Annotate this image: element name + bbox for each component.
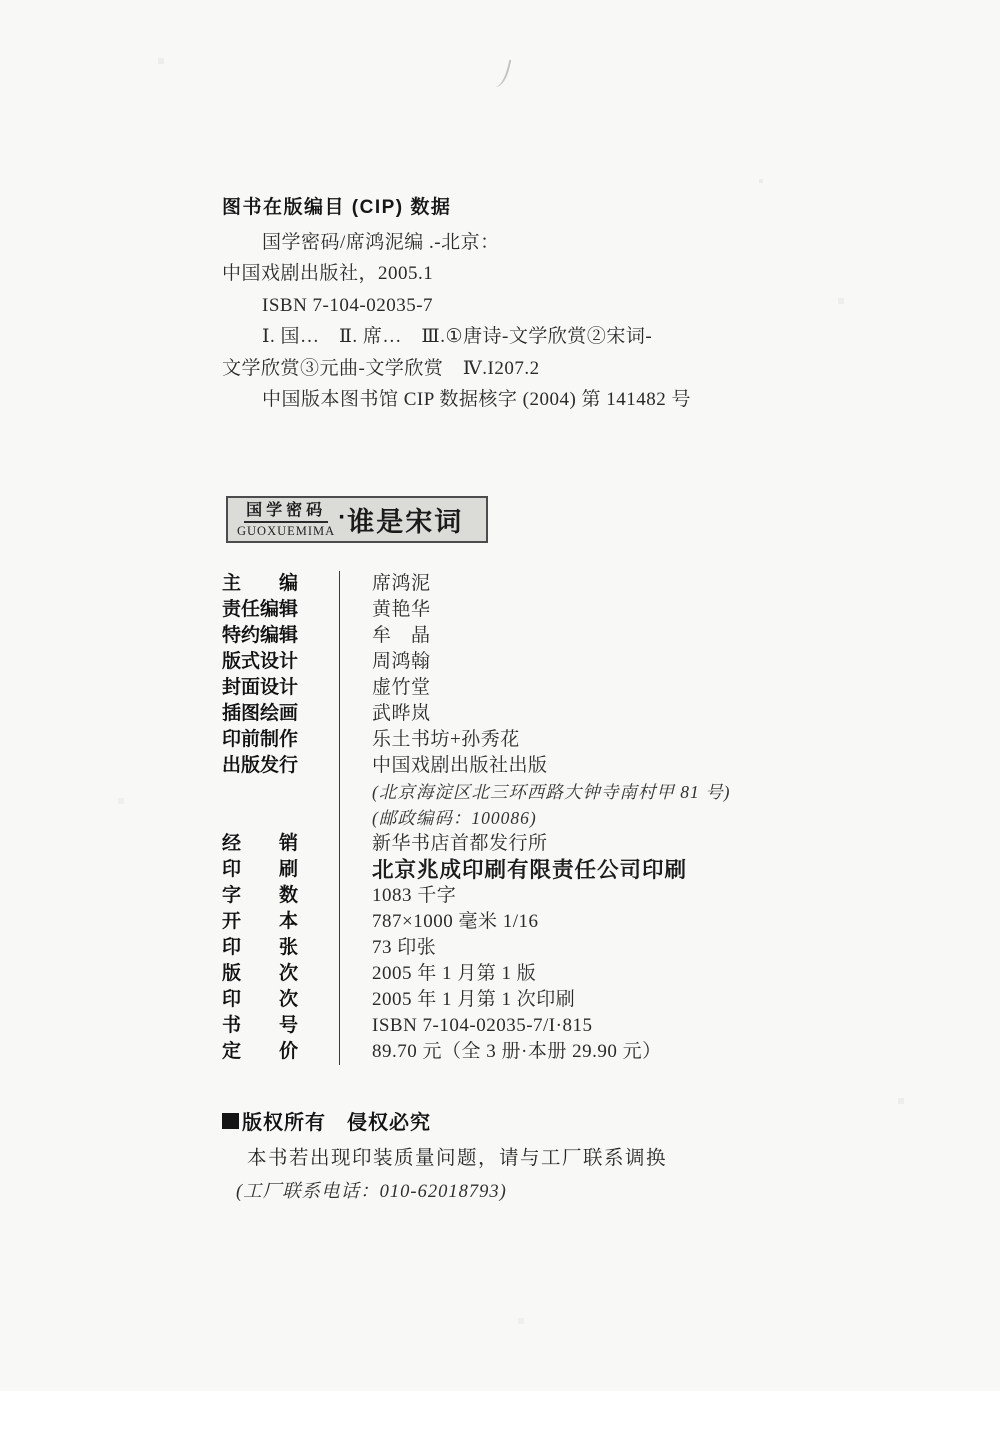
cip-line-classification-2: 文学欣赏③元曲-文学欣赏 Ⅳ.I207.2 xyxy=(222,353,822,385)
table-row: 印 张73 印张 xyxy=(222,935,882,961)
series-logo-wordmark: 国学密码 GUOXUEMIMA xyxy=(237,502,335,539)
table-row: 印前制作乐土书坊+孙秀花 xyxy=(222,727,882,753)
row-value: 2005 年 1 月第 1 版 xyxy=(339,961,882,987)
cip-line-isbn: ISBN 7-104-02035-7 xyxy=(222,290,822,322)
row-label: 主 编 xyxy=(222,571,339,597)
row-label: 特约编辑 xyxy=(222,623,339,649)
row-value: 武晔岚 xyxy=(339,701,882,727)
table-row: 书 号ISBN 7-104-02035-7/I·815 xyxy=(222,1013,882,1039)
row-value: 73 印张 xyxy=(339,935,882,961)
row-label: 经 销 xyxy=(222,831,339,857)
cip-line-record-number: 中国版本图书馆 CIP 数据核字 (2004) 第 141482 号 xyxy=(222,384,822,416)
table-row: 经 销新华书店首都发行所 xyxy=(222,831,882,857)
cip-line-publisher: 中国戏剧出版社，2005.1 xyxy=(222,258,822,290)
row-label: 印前制作 xyxy=(222,727,339,753)
row-label: 印 刷 xyxy=(222,857,339,883)
publisher-name: 中国戏剧出版社出版 xyxy=(372,753,882,779)
volume-title: 谁是宋词 xyxy=(347,500,463,539)
paper-noise xyxy=(0,0,2,2)
row-label: 印 次 xyxy=(222,987,339,1013)
row-value: 中国戏剧出版社出版 (北京海淀区北三环西路大钟寺南村甲 81 号) (邮政编码：… xyxy=(339,753,882,831)
table-row: 责任编辑黄艳华 xyxy=(222,597,882,623)
row-value: 乐土书坊+孙秀花 xyxy=(339,727,882,753)
table-row: 封面设计虚竹堂 xyxy=(222,675,882,701)
row-value: 2005 年 1 月第 1 次印刷 xyxy=(339,987,882,1013)
table-row: 定 价89.70 元（全 3 册·本册 29.90 元） xyxy=(222,1039,882,1065)
table-row: 版式设计周鸿翰 xyxy=(222,649,882,675)
copyright-statement-text: 版权所有 侵权必究 xyxy=(242,1106,431,1135)
middle-dot-separator: · xyxy=(338,504,346,532)
table-row: 版 次2005 年 1 月第 1 版 xyxy=(222,961,882,987)
cip-line-title: 国学密码/席鸿泥编 .-北京： xyxy=(222,227,822,259)
row-label: 版式设计 xyxy=(222,649,339,675)
table-row: 特约编辑牟 晶 xyxy=(222,623,882,649)
table-row: 印 次2005 年 1 月第 1 次印刷 xyxy=(222,987,882,1013)
table-row: 字 数1083 千字 xyxy=(222,883,882,909)
row-value: 新华书店首都发行所 xyxy=(339,831,882,857)
row-label: 定 价 xyxy=(222,1039,339,1065)
table-row: 主 编席鸿泥 xyxy=(222,571,882,597)
publisher-address: (北京海淀区北三环西路大钟寺南村甲 81 号) xyxy=(372,779,882,805)
copyright-statement: 版权所有 侵权必究 xyxy=(222,1106,822,1135)
row-value: 周鸿翰 xyxy=(339,649,882,675)
printer-name: 北京兆成印刷有限责任公司印刷 xyxy=(339,857,882,883)
copyright-notice: 版权所有 侵权必究 本书若出现印装质量问题，请与工厂联系调换 (工厂联系电话：0… xyxy=(222,1106,822,1203)
row-label: 印 张 xyxy=(222,935,339,961)
publisher-postcode: (邮政编码：100086) xyxy=(372,805,882,831)
table-row: 开 本787×1000 毫米 1/16 xyxy=(222,909,882,935)
row-label: 责任编辑 xyxy=(222,597,339,623)
series-logo-box: 国学密码 GUOXUEMIMA · 谁是宋词 xyxy=(226,496,488,543)
row-label: 字 数 xyxy=(222,883,339,909)
cip-data-block: 图书在版编目 (CIP) 数据 国学密码/席鸿泥编 .-北京： 中国戏剧出版社，… xyxy=(222,192,822,416)
colophon-table: 主 编席鸿泥 责任编辑黄艳华 特约编辑牟 晶 版式设计周鸿翰 封面设计虚竹堂 插… xyxy=(222,571,882,1065)
row-value: 787×1000 毫米 1/16 xyxy=(339,909,882,935)
factory-phone: (工厂联系电话：010-62018793) xyxy=(236,1177,822,1203)
filled-square-icon xyxy=(222,1113,239,1129)
row-value: ISBN 7-104-02035-7/I·815 xyxy=(339,1013,882,1039)
scan-artifact-mark xyxy=(491,57,512,89)
cip-heading: 图书在版编目 (CIP) 数据 xyxy=(222,192,822,224)
row-value: 黄艳华 xyxy=(339,597,882,623)
quality-notice: 本书若出现印装质量问题，请与工厂联系调换 xyxy=(247,1142,822,1170)
row-label: 书 号 xyxy=(222,1013,339,1039)
table-row: 插图绘画武晔岚 xyxy=(222,701,882,727)
row-value: 牟 晶 xyxy=(339,623,882,649)
row-label: 插图绘画 xyxy=(222,701,339,727)
table-row-publisher: 出版发行 中国戏剧出版社出版 (北京海淀区北三环西路大钟寺南村甲 81 号) (… xyxy=(222,753,882,831)
row-label: 开 本 xyxy=(222,909,339,935)
row-label: 封面设计 xyxy=(222,675,339,701)
row-label: 出版发行 xyxy=(222,753,339,831)
cip-line-classification-1: Ⅰ. 国… Ⅱ. 席… Ⅲ.①唐诗-文学欣赏②宋词- xyxy=(222,321,822,353)
table-row-printer: 印 刷北京兆成印刷有限责任公司印刷 xyxy=(222,857,882,883)
row-value: 席鸿泥 xyxy=(339,571,882,597)
row-value: 1083 千字 xyxy=(339,883,882,909)
scanned-book-copyright-page: 图书在版编目 (CIP) 数据 国学密码/席鸿泥编 .-北京： 中国戏剧出版社，… xyxy=(0,0,1000,1439)
series-title-chinese: 国学密码 xyxy=(244,502,328,523)
row-label: 版 次 xyxy=(222,961,339,987)
row-value: 89.70 元（全 3 册·本册 29.90 元） xyxy=(339,1039,882,1065)
page-bottom-margin xyxy=(0,1391,1000,1439)
row-value: 虚竹堂 xyxy=(339,675,882,701)
series-title-pinyin: GUOXUEMIMA xyxy=(237,524,335,539)
